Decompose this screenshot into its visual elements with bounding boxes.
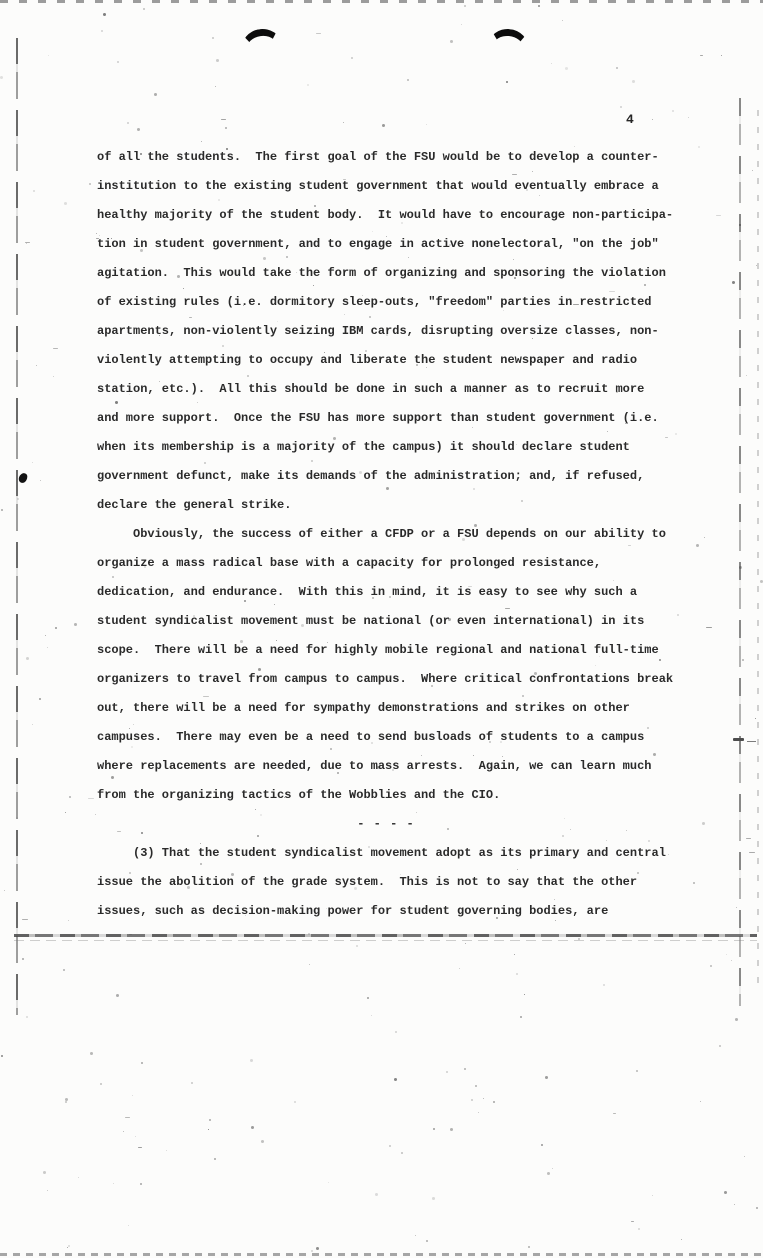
page-bottom-edge-line: [14, 934, 757, 937]
ink-blot-mark: [18, 472, 29, 484]
noise-speck: [64, 202, 67, 205]
noise-speck: [309, 964, 310, 965]
noise-speck: [520, 1016, 522, 1018]
noise-speck: [616, 67, 618, 69]
noise-speck: [461, 24, 462, 25]
noise-speck: [261, 1140, 264, 1143]
separator-line: - - - -: [97, 810, 675, 839]
noise-dash: [25, 242, 30, 243]
noise-speck: [0, 76, 3, 79]
text-line: scope. There will be a need for highly m…: [97, 636, 675, 665]
page-edge-left-line: [16, 38, 18, 1015]
noise-speck: [65, 1098, 68, 1101]
noise-speck: [215, 86, 216, 87]
noise-speck: [33, 190, 35, 192]
noise-speck: [698, 146, 700, 148]
noise-speck: [545, 1076, 548, 1079]
noise-speck: [732, 281, 735, 284]
noise-speck: [632, 80, 635, 83]
noise-speck: [688, 117, 689, 118]
noise-speck: [116, 994, 119, 997]
text-line: where replacements are needed, due to ma…: [97, 752, 675, 781]
text-line: of all the students. The first goal of t…: [97, 143, 675, 172]
noise-speck: [475, 1085, 477, 1087]
noise-speck: [55, 627, 57, 629]
noise-speck: [209, 1119, 211, 1121]
noise-speck: [154, 93, 157, 96]
noise-speck: [524, 994, 525, 995]
noise-speck: [446, 1071, 448, 1073]
noise-speck: [307, 84, 309, 86]
noise-speck: [166, 1150, 167, 1151]
text-line: declare the general strike.: [97, 491, 675, 520]
text-line: agitation. This would take the form of o…: [97, 259, 675, 288]
noise-dash: [716, 215, 721, 216]
noise-speck: [132, 1095, 133, 1096]
noise-speck: [736, 907, 737, 908]
scan-edge-right-dashes: [757, 110, 759, 990]
noise-speck: [74, 623, 77, 626]
noise-speck: [735, 1018, 738, 1021]
noise-speck: [478, 1112, 479, 1113]
noise-speck: [316, 1247, 319, 1250]
noise-dash: [749, 852, 755, 853]
noise-speck: [356, 945, 358, 947]
text-line: out, there will be a need for sympathy d…: [97, 694, 675, 723]
noise-dash: [631, 1221, 634, 1222]
noise-speck: [565, 67, 568, 70]
noise-speck: [135, 1136, 136, 1137]
text-line: station, etc.). All this should be done …: [97, 375, 675, 404]
noise-speck: [101, 30, 103, 32]
noise-speck: [68, 1245, 70, 1247]
page-number: 4: [626, 112, 634, 127]
noise-speck: [26, 1016, 28, 1018]
noise-speck: [69, 796, 71, 798]
noise-speck: [351, 57, 353, 59]
noise-speck: [450, 40, 453, 43]
noise-speck: [343, 122, 344, 123]
noise-speck: [433, 1128, 435, 1130]
margin-stray-mark: [733, 738, 744, 741]
noise-speck: [401, 1152, 403, 1154]
noise-speck: [426, 124, 427, 125]
scan-edge-bottom: [0, 1253, 763, 1256]
noise-speck: [483, 1098, 484, 1099]
noise-speck: [67, 1247, 68, 1248]
noise-speck: [394, 1078, 397, 1081]
noise-speck: [63, 969, 65, 971]
noise-speck: [214, 1158, 216, 1160]
noise-speck: [450, 1128, 453, 1131]
noise-speck: [672, 110, 674, 112]
text-line: institution to the existing student gove…: [97, 172, 675, 201]
noise-speck: [652, 119, 653, 120]
noise-speck: [724, 1191, 727, 1194]
noise-speck: [45, 635, 46, 636]
noise-speck: [140, 1183, 142, 1185]
noise-speck: [506, 81, 508, 83]
noise-speck: [95, 814, 96, 815]
noise-speck: [700, 1101, 701, 1102]
noise-dash: [706, 627, 712, 628]
noise-speck: [744, 1156, 745, 1157]
noise-speck: [36, 365, 37, 366]
noise-speck: [216, 59, 219, 62]
noise-speck: [113, 1183, 114, 1184]
noise-speck: [1, 509, 3, 511]
noise-speck: [562, 20, 563, 21]
noise-speck: [90, 1052, 93, 1055]
noise-speck: [250, 1059, 253, 1062]
noise-speck: [382, 124, 385, 127]
noise-speck: [26, 243, 27, 244]
noise-speck: [4, 890, 5, 891]
noise-dash: [22, 919, 28, 920]
noise-speck: [47, 1190, 48, 1191]
noise-speck: [208, 1129, 209, 1130]
noise-speck: [514, 954, 515, 955]
noise-speck: [426, 1240, 428, 1242]
text-line: healthy majority of the student body. It…: [97, 201, 675, 230]
noise-dash: [221, 119, 226, 120]
noise-dash: [613, 1113, 616, 1114]
text-line: Obviously, the success of either a CFDP …: [97, 520, 675, 549]
noise-speck: [407, 79, 409, 81]
noise-dash: [700, 55, 703, 56]
noise-speck: [719, 1045, 721, 1047]
noise-speck: [721, 55, 722, 56]
text-line: dedication, and endurance. With this in …: [97, 578, 675, 607]
noise-speck: [212, 37, 214, 39]
noise-speck: [756, 1207, 758, 1209]
noise-speck: [53, 376, 54, 377]
noise-dash: [138, 1147, 142, 1148]
noise-speck: [652, 1195, 653, 1196]
noise-speck: [552, 1168, 553, 1169]
noise-speck: [311, 1250, 313, 1252]
text-line: student syndicalist movement must be nat…: [97, 607, 675, 636]
noise-speck: [191, 1082, 193, 1084]
noise-speck: [603, 984, 605, 986]
noise-speck: [696, 544, 699, 547]
noise-speck: [636, 1070, 638, 1072]
noise-speck: [32, 724, 33, 725]
noise-speck: [704, 537, 705, 538]
noise-speck: [734, 1204, 735, 1205]
noise-speck: [746, 375, 747, 376]
noise-speck: [47, 647, 48, 648]
noise-speck: [465, 943, 466, 944]
noise-speck: [432, 1197, 435, 1200]
text-line: violently attempting to occupy and liber…: [97, 346, 675, 375]
noise-speck: [371, 1015, 372, 1016]
noise-speck: [128, 1225, 129, 1226]
text-line: apartments, non-violently seizing IBM ca…: [97, 317, 675, 346]
noise-speck: [225, 127, 227, 129]
noise-dash: [316, 33, 321, 34]
noise-speck: [367, 997, 369, 999]
text-line: (3) That the student syndicalist movemen…: [97, 839, 675, 868]
page-bottom-edge-echo: [14, 940, 757, 941]
noise-speck: [32, 462, 33, 463]
noise-speck: [143, 8, 145, 10]
text-line: organize a mass radical base with a capa…: [97, 549, 675, 578]
noise-speck: [68, 920, 69, 921]
noise-speck: [459, 968, 460, 969]
noise-speck: [710, 965, 712, 967]
noise-speck: [493, 1101, 495, 1103]
text-line: organizers to travel from campus to camp…: [97, 665, 675, 694]
noise-speck: [395, 1031, 397, 1033]
noise-speck: [117, 61, 119, 63]
noise-speck: [103, 13, 106, 16]
noise-dash: [53, 348, 58, 349]
noise-speck: [752, 170, 753, 171]
text-line: tion in student government, and to engag…: [97, 230, 675, 259]
noise-speck: [251, 1126, 254, 1129]
noise-speck: [328, 1182, 329, 1183]
text-line: issues, such as decision-making power fo…: [97, 897, 675, 926]
text-line: from the organizing tactics of the Wobbl…: [97, 781, 675, 810]
noise-speck: [464, 1068, 466, 1070]
noise-speck: [547, 1172, 550, 1175]
noise-dash: [88, 798, 94, 799]
noise-speck: [551, 63, 552, 64]
noise-speck: [638, 1228, 640, 1230]
noise-speck: [726, 954, 727, 955]
binder-hole-mark-icon: [240, 26, 285, 67]
noise-speck: [43, 1171, 46, 1174]
text-line: issue the abolition of the grade system.…: [97, 868, 675, 897]
noise-speck: [681, 1239, 682, 1240]
text-line: when its membership is a majority of the…: [97, 433, 675, 462]
noise-speck: [100, 1083, 102, 1085]
scanned-document-page: 4 of all the students. The first goal of…: [0, 0, 763, 1258]
noise-speck: [123, 1131, 124, 1132]
text-line: and more support. Once the FSU has more …: [97, 404, 675, 433]
noise-speck: [26, 657, 29, 660]
noise-speck: [755, 718, 756, 719]
noise-speck: [742, 659, 744, 661]
noise-dash: [746, 838, 751, 839]
scan-edge-top: [0, 0, 763, 3]
noise-speck: [415, 1235, 416, 1236]
noise-speck: [389, 1145, 391, 1147]
noise-speck: [702, 822, 705, 825]
noise-speck: [39, 698, 41, 700]
noise-speck: [78, 1177, 79, 1178]
typed-body-text: of all the students. The first goal of t…: [97, 143, 675, 926]
noise-speck: [675, 433, 677, 435]
noise-dash: [125, 1117, 130, 1118]
noise-speck: [471, 1099, 473, 1101]
noise-speck: [89, 183, 91, 185]
noise-speck: [294, 1101, 296, 1103]
noise-speck: [65, 812, 66, 813]
noise-speck: [65, 1101, 67, 1103]
noise-speck: [48, 55, 49, 56]
noise-speck: [141, 1062, 143, 1064]
noise-speck: [731, 960, 732, 961]
text-line: of existing rules (i.e. dormitory sleep-…: [97, 288, 675, 317]
noise-speck: [137, 128, 140, 131]
noise-speck: [677, 614, 679, 616]
text-line: campuses. There may even be a need to se…: [97, 723, 675, 752]
noise-speck: [375, 1193, 378, 1196]
noise-speck: [22, 958, 24, 960]
noise-speck: [464, 5, 466, 7]
text-line: government defunct, make its demands of …: [97, 462, 675, 491]
noise-speck: [1, 1055, 3, 1057]
page-edge-right-line: [739, 98, 741, 1006]
noise-speck: [620, 106, 622, 108]
noise-speck: [693, 882, 695, 884]
noise-speck: [40, 480, 41, 481]
noise-speck: [127, 122, 129, 124]
binder-hole-mark-icon: [487, 27, 530, 66]
noise-speck: [538, 5, 540, 7]
noise-speck: [528, 1246, 530, 1248]
noise-speck: [516, 973, 518, 975]
noise-speck: [541, 1144, 543, 1146]
noise-speck: [201, 141, 202, 142]
